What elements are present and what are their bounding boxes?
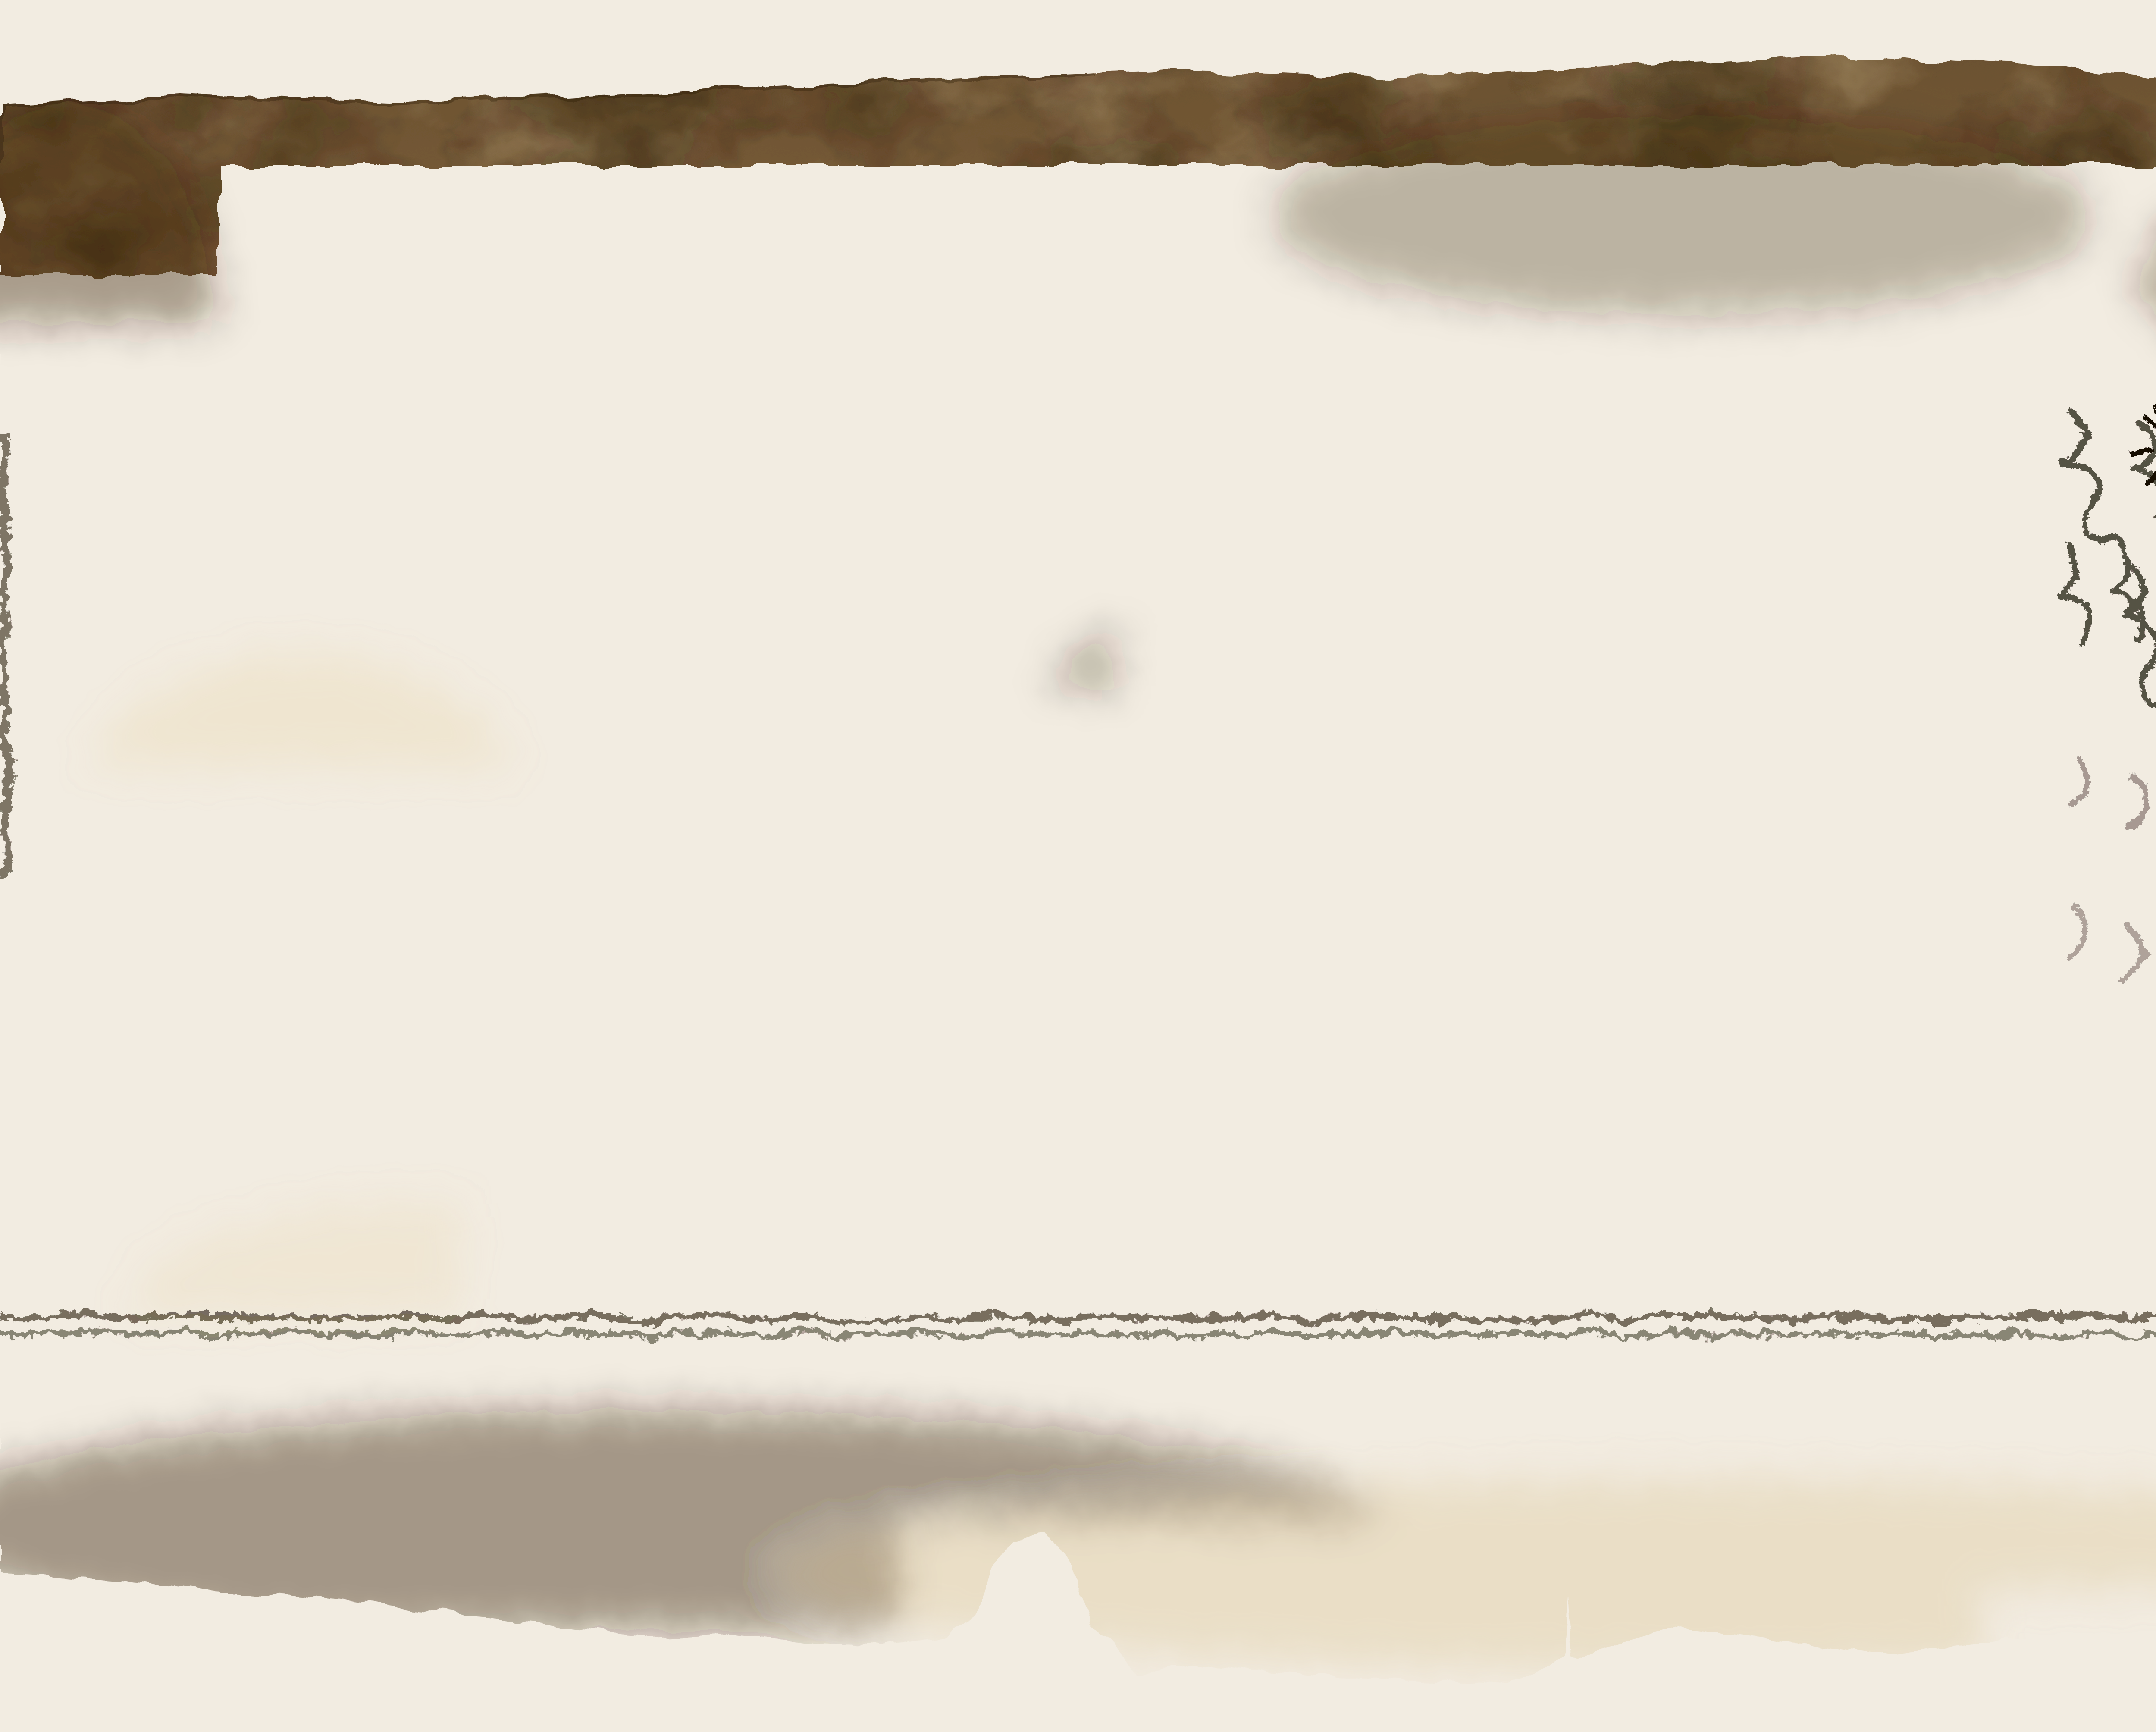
- ink-drip: [970, 1494, 974, 1546]
- manuscript-leaf-scene: Tibetan pothi manuscript leaf, woodblock…: [0, 0, 2156, 1732]
- bottom-rule-3: [0, 1405, 1056, 1408]
- paper-grain: [0, 0, 2156, 1732]
- bottom-rule-1: [0, 1316, 2156, 1319]
- manuscript-photo: Tibetan pothi manuscript leaf, woodblock…: [0, 0, 2156, 1732]
- paper-sheet: [0, 0, 2156, 1732]
- border-smear: [2036, 621, 2041, 759]
- panel-border-left: [2035, 384, 2040, 1330]
- left-frame-rule: [3, 438, 6, 875]
- bottom-charcoal-band: [0, 1427, 1432, 1437]
- bottom-rule-2: [0, 1331, 2156, 1334]
